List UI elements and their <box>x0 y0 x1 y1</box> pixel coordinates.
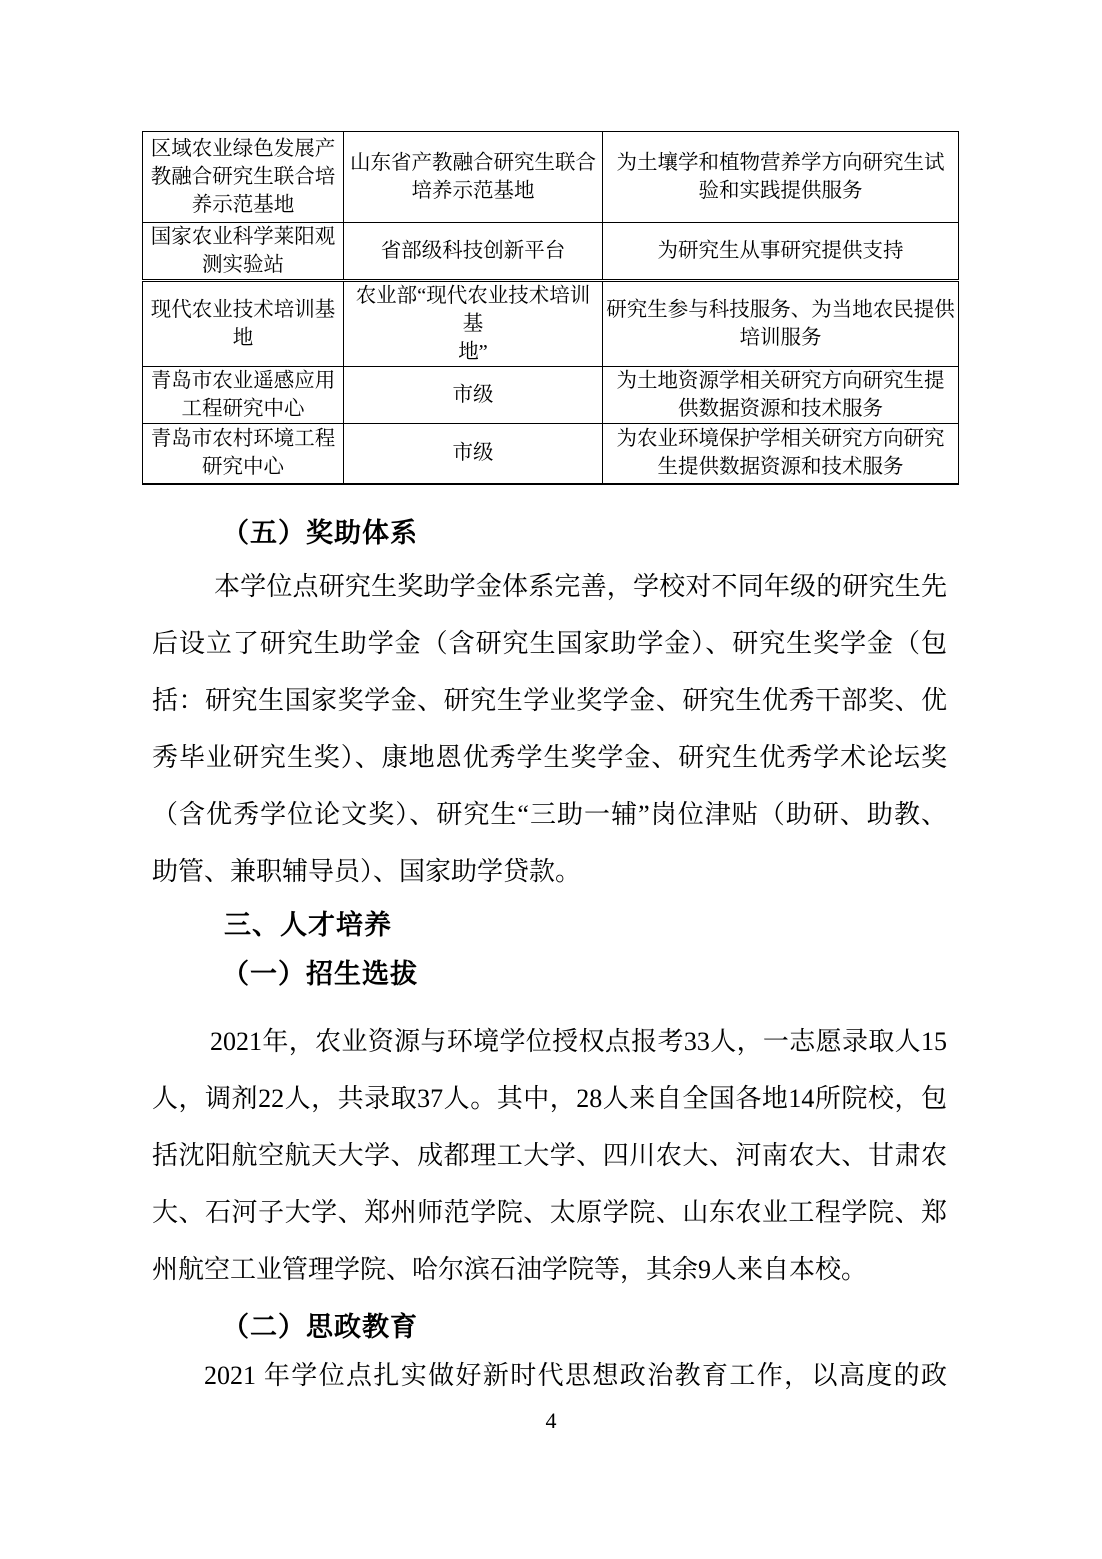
table-row: 国家农业科学莱阳观 测实验站 省部级科技创新平台 为研究生从事研究提供支持 <box>143 223 959 281</box>
paragraph-line: 后设立了研究生助学金（含研究生国家助学金）、研究生奖学金（包 <box>152 615 947 672</box>
table-row: 青岛市农村环境工程 研究中心 市级 为农业环境保护学相关研究方向研究 生提供数据… <box>143 424 959 484</box>
page-number: 4 <box>0 1406 1102 1436</box>
paragraph-line: （含优秀学位论文奖）、研究生“三助一辅”岗位津贴（助研、助教、 <box>152 786 947 843</box>
paragraph-line: 2021年，农业资源与环境学位授权点报考33人，一志愿录取人15 <box>152 1013 947 1070</box>
cell-platform-name: 青岛市农业遥感应用 工程研究中心 <box>143 367 344 424</box>
paragraph-line: 大、石河子大学、郑州师范学院、太原学院、山东农业工程学院、郑 <box>152 1184 947 1241</box>
paragraph-ideology: 2021 年学位点扎实做好新时代思想政治教育工作，以高度的政 <box>152 1347 947 1404</box>
facilities-table: 区域农业绿色发展产 教融合研究生联合培 养示范基地 山东省产教融合研究生联合 培… <box>142 131 959 485</box>
document-page: 区域农业绿色发展产 教融合研究生联合培 养示范基地 山东省产教融合研究生联合 培… <box>0 0 1102 1559</box>
paragraph-line: 括：研究生国家奖学金、研究生学业奖学金、研究生优秀干部奖、优 <box>152 672 947 729</box>
paragraph-line: 人，调剂22人，共录取37人。其中，28人来自全国各地14所院校，包 <box>152 1070 947 1127</box>
cell-platform-function: 为土地资源学相关研究方向研究生提 供数据资源和技术服务 <box>603 367 959 424</box>
section-heading-admission: （一）招生选拔 <box>222 958 418 990</box>
cell-platform-function: 为土壤学和植物营养学方向研究生试 验和实践提供服务 <box>603 132 959 223</box>
paragraph-line: 括沈阳航空航天大学、成都理工大学、四川农大、河南农大、甘肃农 <box>152 1127 947 1184</box>
cell-platform-function: 为农业环境保护学相关研究方向研究 生提供数据资源和技术服务 <box>603 424 959 484</box>
section-heading-award-system: （五）奖助体系 <box>222 517 418 549</box>
table-row: 区域农业绿色发展产 教融合研究生联合培 养示范基地 山东省产教融合研究生联合 培… <box>143 132 959 223</box>
cell-platform-name: 区域农业绿色发展产 教融合研究生联合培 养示范基地 <box>143 132 344 223</box>
cell-platform-function: 为研究生从事研究提供支持 <box>603 223 959 281</box>
section-heading-talent-training: 三、人才培养 <box>224 909 392 941</box>
paragraph-line: 助管、兼职辅导员）、国家助学贷款。 <box>152 843 947 900</box>
cell-platform-level: 省部级科技创新平台 <box>344 223 603 281</box>
cell-platform-name: 国家农业科学莱阳观 测实验站 <box>143 223 344 281</box>
cell-platform-function: 研究生参与科技服务、为当地农民提供 培训服务 <box>603 281 959 367</box>
cell-platform-level: 市级 <box>344 424 603 484</box>
paragraph-line: 2021 年学位点扎实做好新时代思想政治教育工作，以高度的政 <box>152 1347 947 1404</box>
paragraph-line: 秀毕业研究生奖）、康地恩优秀学生奖学金、研究生优秀学术论坛奖 <box>152 729 947 786</box>
paragraph-line: 本学位点研究生奖助学金体系完善，学校对不同年级的研究生先 <box>152 558 947 615</box>
table-row: 青岛市农业遥感应用 工程研究中心 市级 为土地资源学相关研究方向研究生提 供数据… <box>143 367 959 424</box>
cell-platform-level: 市级 <box>344 367 603 424</box>
section-heading-ideology-education: （二）思政教育 <box>222 1311 418 1343</box>
table-row: 现代农业技术培训基 地 农业部“现代农业技术培训基 地” 研究生参与科技服务、为… <box>143 281 959 367</box>
paragraph-admission: 2021年，农业资源与环境学位授权点报考33人，一志愿录取人15 人，调剂22人… <box>152 1013 947 1298</box>
cell-platform-name: 现代农业技术培训基 地 <box>143 281 344 367</box>
paragraph-line: 州航空工业管理学院、哈尔滨石油学院等，其余9人来自本校。 <box>152 1241 947 1298</box>
cell-platform-level: 山东省产教融合研究生联合 培养示范基地 <box>344 132 603 223</box>
paragraph-award-system: 本学位点研究生奖助学金体系完善，学校对不同年级的研究生先 后设立了研究生助学金（… <box>152 558 947 900</box>
cell-platform-name: 青岛市农村环境工程 研究中心 <box>143 424 344 484</box>
cell-platform-level: 农业部“现代农业技术培训基 地” <box>344 281 603 367</box>
